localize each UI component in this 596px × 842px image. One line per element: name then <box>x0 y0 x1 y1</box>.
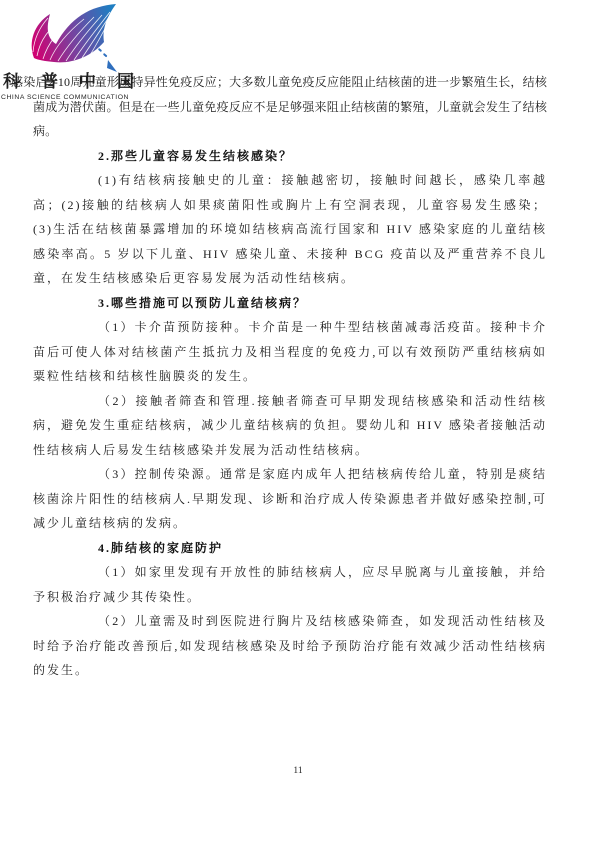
document-body: 感染后2-10周儿童形成特异性免疫反应；大多数儿童免疫反应能阻止结核菌的进一步繁… <box>33 70 547 683</box>
paragraph: （2）儿童需及时到医院进行胸片及结核感染筛查，如发现活动性结核及时给予治疗能改善… <box>33 609 547 683</box>
document-page: 科普中国 CHINA SCIENCE COMMUNICATION 感染后2-10… <box>0 0 596 842</box>
paragraph: （1）如家里发现有开放性的肺结核病人，应尽早脱离与儿童接触，并给予积极治疗减少其… <box>33 560 547 609</box>
paragraph: （1）卡介苗预防接种。卡介苗是一种牛型结核菌减毒活疫苗。接种卡介苗后可使人体对结… <box>33 315 547 389</box>
paragraph: 感染后2-10周儿童形成特异性免疫反应；大多数儿童免疫反应能阻止结核菌的进一步繁… <box>33 70 547 144</box>
section-heading: 4.肺结核的家庭防护 <box>33 536 547 561</box>
section-heading: 2.那些儿童容易发生结核感染？ <box>33 144 547 169</box>
page-number: 11 <box>0 766 596 776</box>
paragraph: （2）接触者筛查和管理.接触者筛查可早期发现结核感染和活动性结核病，避免发生重症… <box>33 389 547 463</box>
section-heading: 3.哪些措施可以预防儿童结核病？ <box>33 291 547 316</box>
paragraph: （3）控制传染源。通常是家庭内成年人把结核病传给儿童，特别是痰结核菌涂片阳性的结… <box>33 462 547 536</box>
paragraph: (1)有结核病接触史的儿童：接触越密切，接触时间越长，感染几率越高；(2)接触的… <box>33 168 547 291</box>
logo-swoosh-icon <box>26 2 118 76</box>
